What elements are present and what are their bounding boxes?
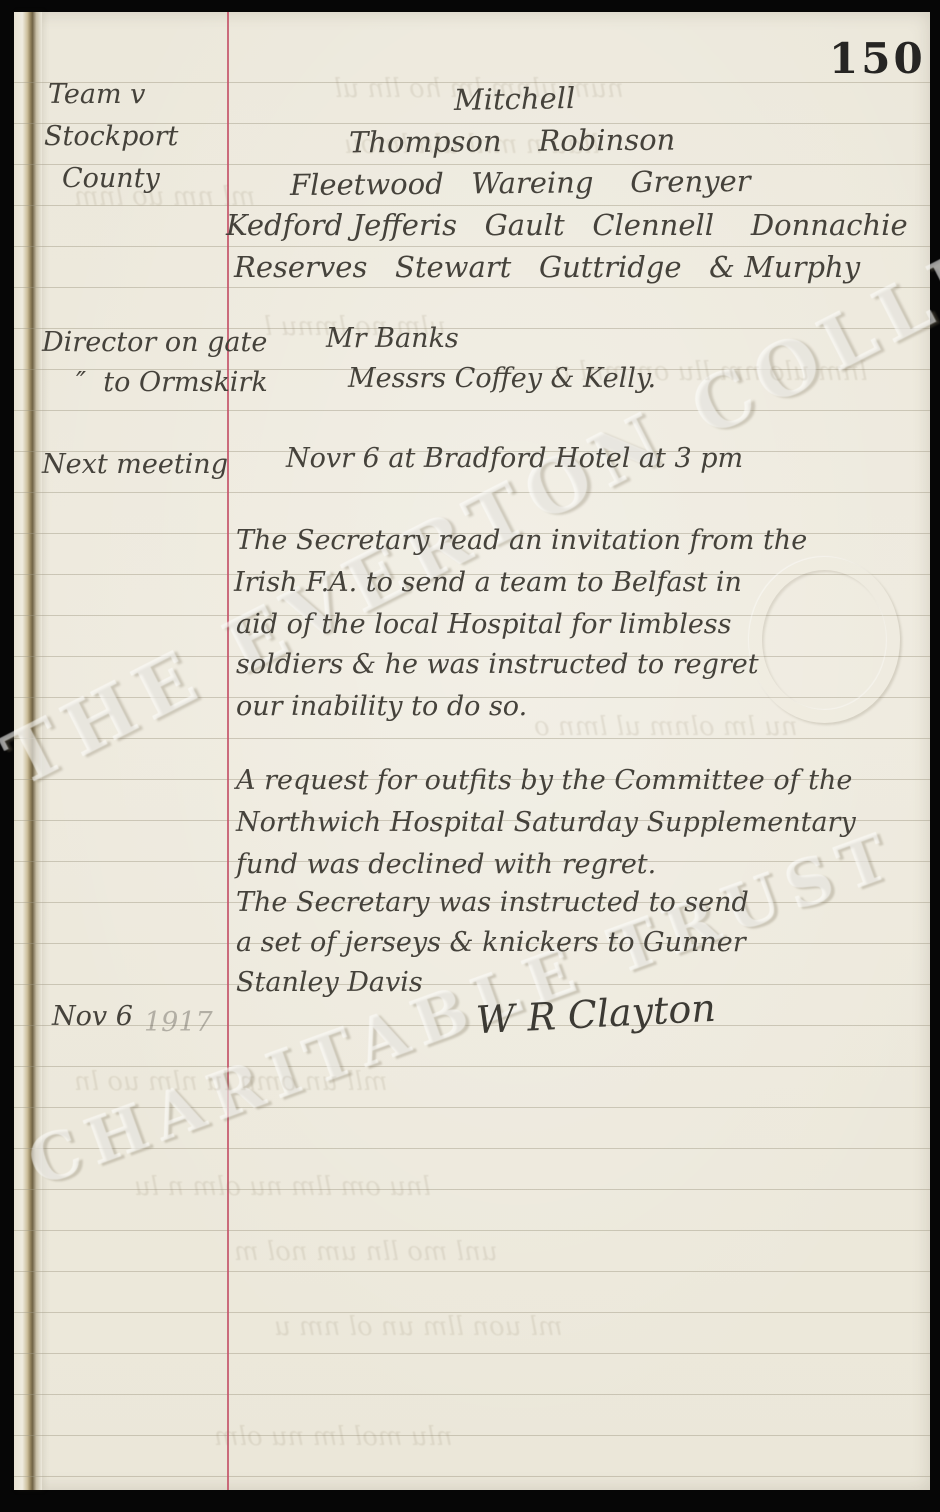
- director-gate-label: Director on gate: [42, 328, 267, 358]
- minutes-paragraph-line: The Secretary read an invitation from th…: [236, 526, 807, 556]
- minutes-paragraph-line: a set of jerseys & knickers to Gunner: [236, 928, 746, 958]
- page-number: 150: [829, 34, 926, 83]
- minutes-paragraph-line: aid of the local Hospital for limbless: [236, 610, 732, 640]
- bleed-line: mll un omn lu nlm uo ln: [74, 1067, 388, 1097]
- closing-year: 1917: [144, 1008, 213, 1038]
- minutes-paragraph-line: Irish F.A. to send a team to Belfast in: [234, 568, 742, 598]
- team-lineup-line: Reserves Stewart Guttridge & Murphy: [234, 252, 860, 284]
- next-meeting-label: Next meeting: [42, 450, 228, 480]
- minutes-paragraph-line: soldiers & he was instructed to regret: [236, 650, 759, 680]
- minutes-paragraph-line: Stanley Davis: [236, 968, 423, 998]
- director-gate-value: Mr Banks: [326, 324, 459, 354]
- closing-date: Nov 6: [52, 1002, 133, 1032]
- bleed-line: nu lm olnm ul lmn o: [534, 712, 798, 742]
- ormskirk-label: ″ to Ormskirk: [76, 368, 268, 398]
- margin-team-note-line: County: [62, 164, 160, 194]
- page-binding-edge: [14, 12, 42, 1490]
- scanned-minute-book-photo: THE EVERTON COLLECTION CHARITABLE TRUST …: [0, 0, 940, 1512]
- minutes-paragraph-line: A request for outfits by the Committee o…: [236, 766, 852, 796]
- margin-team-note-line: Team v: [48, 80, 145, 110]
- team-lineup-line: Mitchell: [454, 83, 576, 117]
- ledger-page: THE EVERTON COLLECTION CHARITABLE TRUST …: [14, 12, 930, 1490]
- minutes-paragraph-line: The Secretary was instructed to send: [236, 888, 749, 918]
- team-lineup-line: Thompson Robinson: [349, 125, 676, 160]
- watermark-ring: [749, 557, 900, 723]
- bleed-line: lnu om llm nu olm n lu: [134, 1172, 431, 1202]
- secretary-signature: W R Clayton: [475, 988, 717, 1042]
- next-meeting-value: Novr 6 at Bradford Hotel at 3 pm: [286, 444, 743, 474]
- bleed-line: nlu mol lm nu olm: [214, 1422, 453, 1452]
- ormskirk-value: Messrs Coffey & Kelly.: [348, 364, 656, 394]
- team-lineup-line: Fleetwood Wareing Grenyer: [290, 166, 751, 202]
- minutes-paragraph-line: Northwich Hospital Saturday Supplementar…: [236, 808, 856, 838]
- bleed-line: ml uon llm un ol nm u: [274, 1312, 563, 1342]
- minutes-paragraph-line: our inability to do so.: [236, 692, 527, 722]
- margin-team-note-line: Stockport: [44, 122, 178, 152]
- bleed-line: unl mo lln um nol m: [234, 1237, 498, 1267]
- team-lineup-line: Kedford Jefferis Gault Clennell Donnachi…: [226, 210, 908, 242]
- minutes-paragraph-line: fund was declined with regret.: [236, 850, 656, 880]
